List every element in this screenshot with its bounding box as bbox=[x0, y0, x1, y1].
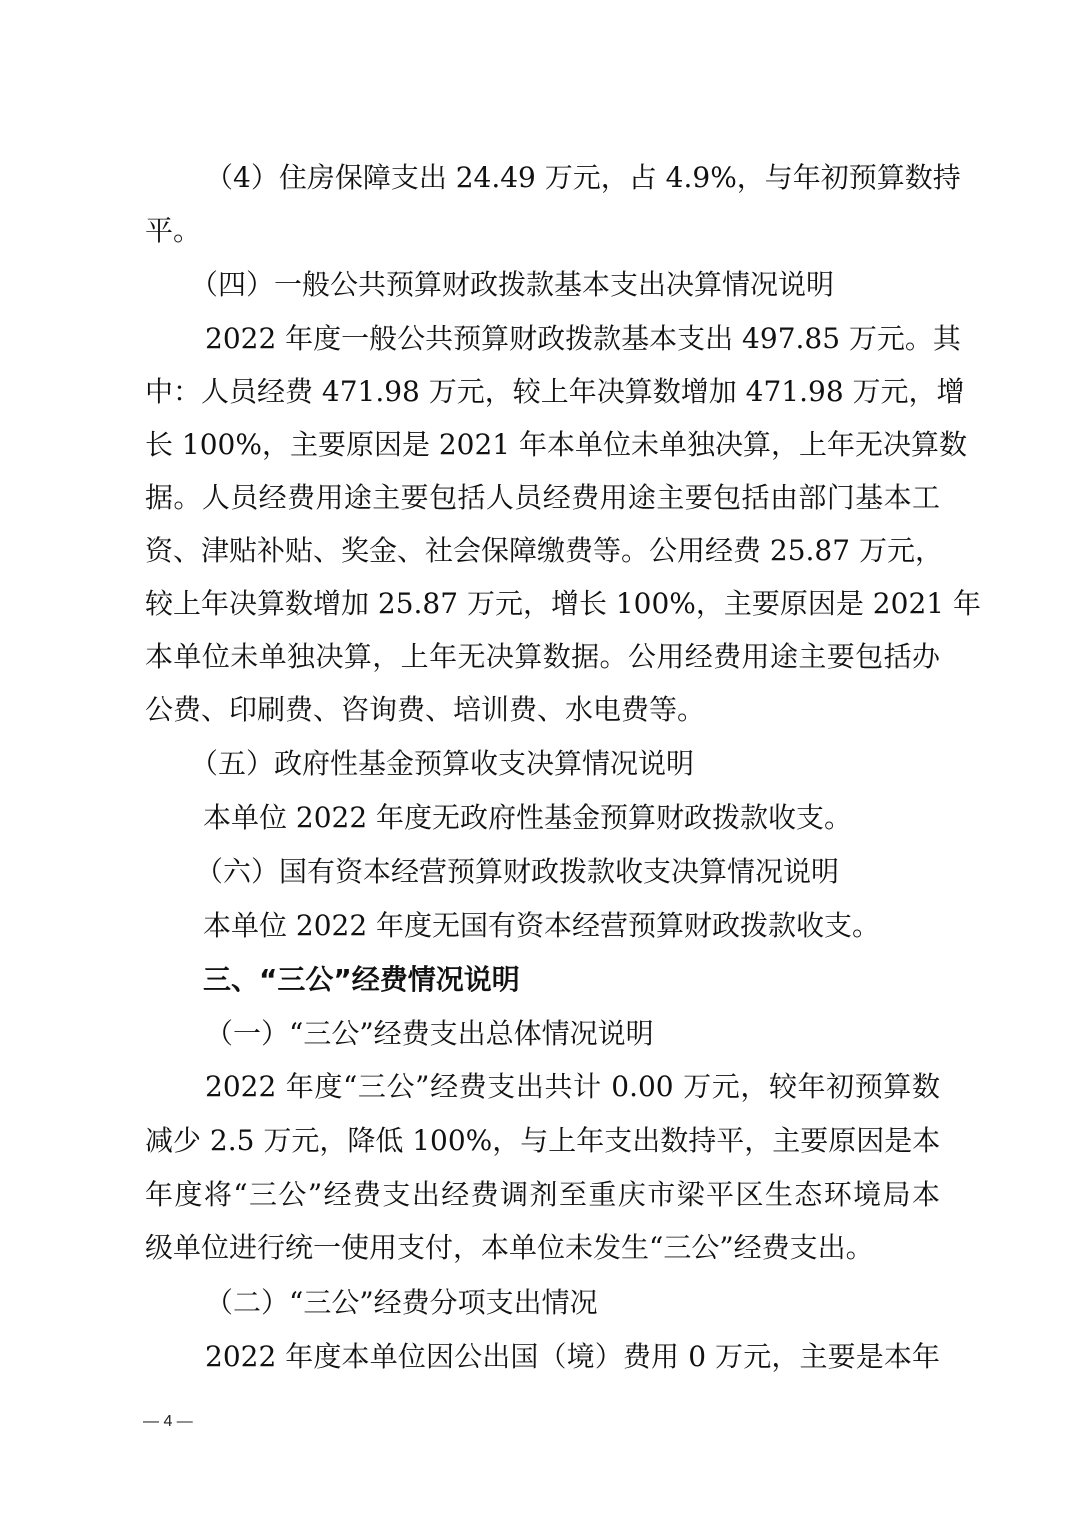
paragraph-basic-expenditure: 2022 年度一般公共预算财政拨款基本支出 497.85 万元。其 bbox=[205, 319, 940, 359]
paragraph-line: 公费、印刷费、咨询费、培训费、水电费等。 bbox=[145, 690, 705, 730]
paragraph-line: 本单位未单独决算，上年无决算数据。公用经费用途主要包括办 bbox=[145, 637, 940, 677]
paragraph-line: 长 100%，主要原因是 2021 年本单位未单独决算，上年无决算数 bbox=[145, 425, 940, 465]
paragraph-housing-expense-cont: 平。 bbox=[145, 211, 201, 251]
page-number: — 4 — bbox=[143, 1412, 193, 1432]
paragraph-line: 年度将“三公”经费支出经费调剂至重庆市梁平区生态环境局本 bbox=[145, 1175, 940, 1215]
paragraph-three-public-items: 2022 年度本单位因公出国（境）费用 0 万元，主要是本年 bbox=[205, 1337, 940, 1377]
paragraph-line: 级单位进行统一使用支付，本单位未发生“三公”经费支出。 bbox=[145, 1228, 874, 1268]
paragraph-housing-expense: （4）住房保障支出 24.49 万元，占 4.9%，与年初预算数持 bbox=[205, 158, 940, 198]
heading-state-capital: （六）国有资本经营预算财政拨款收支决算情况说明 bbox=[195, 852, 839, 892]
paragraph-line: 中：人员经费 471.98 万元，较上年决算数增加 471.98 万元，增 bbox=[145, 372, 940, 412]
paragraph-state-capital: 本单位 2022 年度无国有资本经营预算财政拨款收支。 bbox=[203, 906, 880, 946]
paragraph-line: 较上年决算数增加 25.87 万元，增长 100%，主要原因是 2021 年 bbox=[145, 584, 940, 624]
heading-government-fund: （五）政府性基金预算收支决算情况说明 bbox=[190, 744, 694, 784]
heading-three-public-overall: （一）“三公”经费支出总体情况说明 bbox=[205, 1014, 654, 1054]
paragraph-line: 据。人员经费用途主要包括人员经费用途主要包括由部门基本工 bbox=[145, 478, 940, 518]
section-heading-three-public: 三、“三公”经费情况说明 bbox=[203, 960, 520, 1000]
heading-three-public-items: （二）“三公”经费分项支出情况 bbox=[205, 1283, 598, 1323]
heading-basic-expenditure: （四）一般公共预算财政拨款基本支出决算情况说明 bbox=[190, 265, 834, 305]
paragraph-government-fund: 本单位 2022 年度无政府性基金预算财政拨款收支。 bbox=[203, 798, 852, 838]
paragraph-three-public-overall: 2022 年度“三公”经费支出共计 0.00 万元，较年初预算数 bbox=[205, 1067, 940, 1107]
paragraph-line: 资、津贴补贴、奖金、社会保障缴费等。公用经费 25.87 万元， bbox=[145, 531, 940, 571]
paragraph-line: 减少 2.5 万元，降低 100%，与上年支出数持平，主要原因是本 bbox=[145, 1121, 940, 1161]
